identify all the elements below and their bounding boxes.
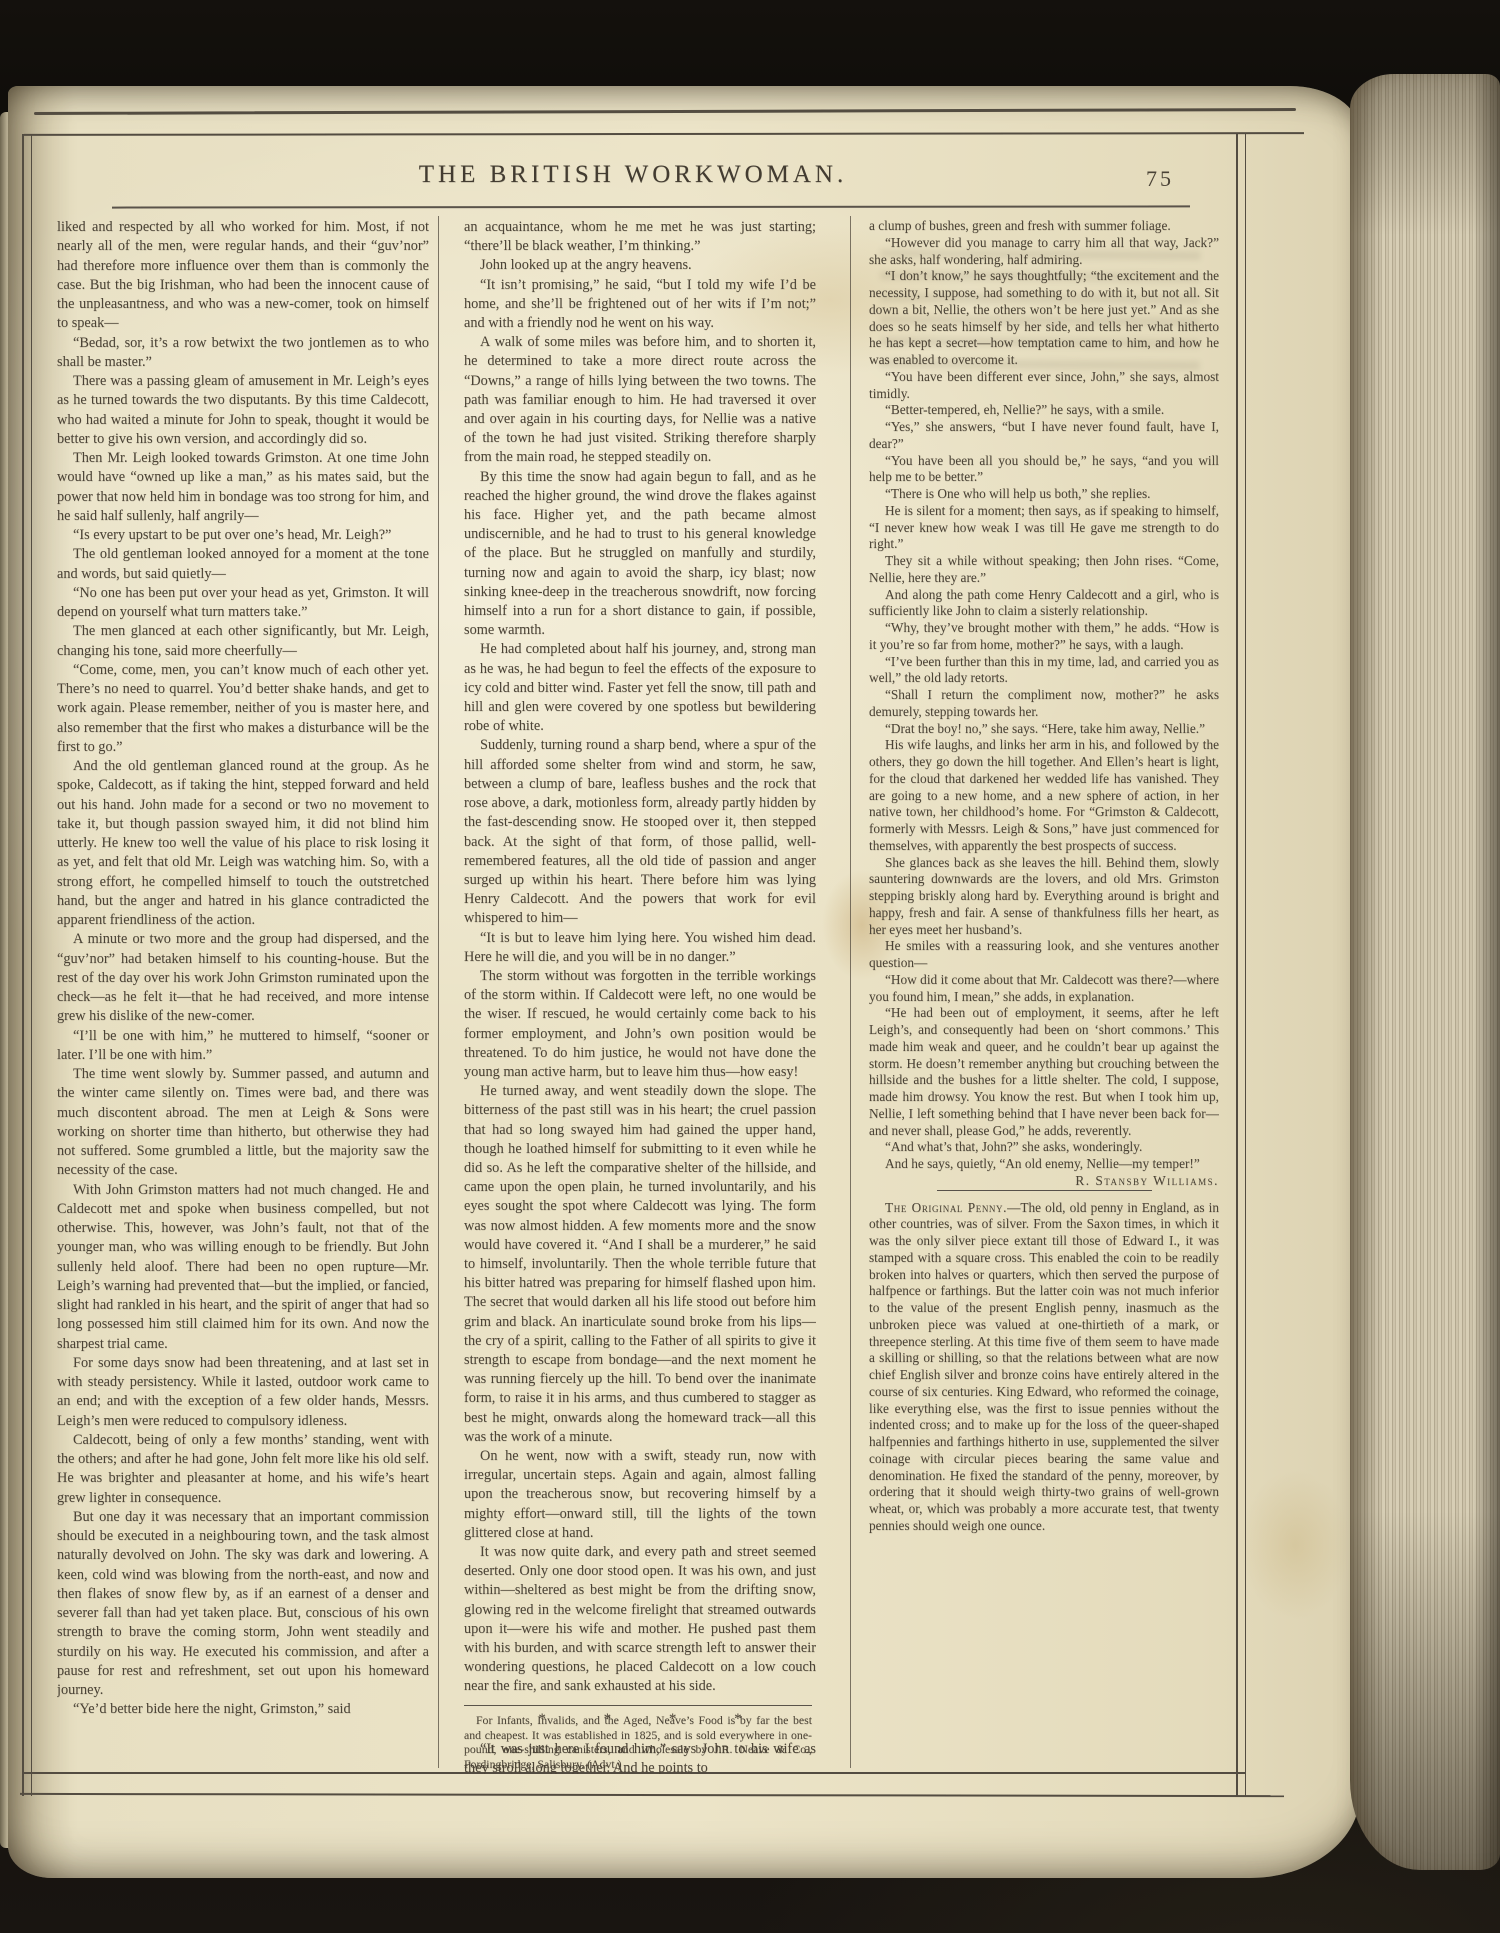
paragraph: “I don’t know,” he says thoughtfully; “t… xyxy=(869,268,1219,369)
closing-text: And he says, quietly, “An old enemy, Nel… xyxy=(885,1156,1200,1171)
left-border-rule xyxy=(22,134,24,1796)
paragraph: “It isn’t promising,” he said, “but I to… xyxy=(464,276,816,334)
paragraph: “Yes,” she answers, “but I have never fo… xyxy=(869,419,1219,453)
paragraph: He had completed about half his journey,… xyxy=(464,640,816,736)
paragraph: He turned away, and went steadily down t… xyxy=(464,1082,816,1447)
paragraph: Suddenly, turning round a sharp bend, wh… xyxy=(464,736,816,928)
penny-article-text: —The old, old penny in England, as in ot… xyxy=(869,1200,1219,1533)
masthead-title: THE BRITISH WORKWOMAN. xyxy=(419,161,848,189)
paragraph: a clump of bushes, green and fresh with … xyxy=(869,218,1219,235)
paragraph: “Drat the boy! no,” she says. “Here, tak… xyxy=(869,721,1219,738)
paragraph: He is silent for a moment; then says, as… xyxy=(869,503,1219,553)
paragraph: “Is every upstart to be put over one’s h… xyxy=(57,526,429,545)
paragraph: On he went, now with a swift, steady run… xyxy=(464,1447,816,1543)
paragraph: She glances back as she leaves the hill.… xyxy=(869,855,1219,939)
paragraph: The time went slowly by. Summer passed, … xyxy=(57,1065,429,1181)
paragraph: “You have been different ever since, Joh… xyxy=(869,369,1219,403)
paragraph: “And what’s that, John?” she asks, wonde… xyxy=(869,1139,1219,1156)
paragraph: But one day it was necessary that an imp… xyxy=(57,1508,429,1701)
story-column-2: an acquaintance, whom he me met he was j… xyxy=(464,218,816,1774)
paragraph: The old gentleman looked annoyed for a m… xyxy=(57,545,429,584)
column-divider-rule xyxy=(850,216,851,1768)
story-column-1: liked and respected by all who worked fo… xyxy=(57,218,429,1774)
left-border-rule xyxy=(31,134,32,1796)
paragraph: Caldecott, being of only a few months’ s… xyxy=(57,1431,429,1508)
paragraph: And along the path come Henry Caldecott … xyxy=(869,587,1219,621)
right-border-rule xyxy=(1236,134,1238,1796)
paragraph: The men glanced at each other significan… xyxy=(57,622,429,661)
column-divider-rule xyxy=(438,216,439,1768)
paragraph: “Shall I return the compliment now, moth… xyxy=(869,687,1219,721)
paragraph: “I’ve been further than this in my time,… xyxy=(869,654,1219,688)
paragraph: an acquaintance, whom he me met he was j… xyxy=(464,218,816,256)
story-column-3: a clump of bushes, green and fresh with … xyxy=(869,218,1219,1774)
paragraph: It was now quite dark, and every path an… xyxy=(464,1543,816,1697)
paragraph: For some days snow had been threatening,… xyxy=(57,1354,429,1431)
author-signature: R. Stansby Williams. xyxy=(1075,1173,1219,1190)
paragraph: liked and respected by all who worked fo… xyxy=(57,218,429,334)
paragraph: “However did you manage to carry him all… xyxy=(869,235,1219,269)
page-number: 75 xyxy=(1146,166,1174,192)
penny-article-paragraph: The Original Penny.—The old, old penny i… xyxy=(869,1200,1219,1535)
paragraph: He smiles with a reassuring look, and sh… xyxy=(869,938,1219,972)
paragraph: “Ye’d better bide here the night, Grimst… xyxy=(57,1700,429,1719)
paragraph: There was a passing gleam of amusement i… xyxy=(57,372,429,449)
paragraph: “How did it come about that Mr. Caldecot… xyxy=(869,972,1219,1006)
paragraph: “There is One who will help us both,” sh… xyxy=(869,486,1219,503)
paragraph: “Come, come, men, you can’t know much of… xyxy=(57,661,429,757)
fore-edge-page-stack xyxy=(1350,74,1500,1870)
paragraph: “Better-tempered, eh, Nellie?” he says, … xyxy=(869,402,1219,419)
paragraph: His wife laughs, and links her arm in hi… xyxy=(869,737,1219,854)
closing-paragraph: And he says, quietly, “An old enemy, Nel… xyxy=(869,1156,1219,1173)
paragraph: “No one has been put over your head as y… xyxy=(57,584,429,623)
paragraph: By this time the snow had again begun to… xyxy=(464,468,816,641)
paragraph: A walk of some miles was before him, and… xyxy=(464,333,816,467)
paragraph: “Bedad, sor, it’s a row betwixt the two … xyxy=(57,334,429,373)
penny-article-lead: The Original Penny. xyxy=(885,1200,1007,1215)
advert-footnote: For Infants, Invalids, and the Aged, Nea… xyxy=(464,1705,812,1772)
book-photo: THE BRITISH WORKWOMAN. 75 liked and resp… xyxy=(0,0,1500,1933)
paragraph: They sit a while without speaking; then … xyxy=(869,553,1219,587)
paragraph: John looked up at the angry heavens. xyxy=(464,256,816,275)
right-border-rule xyxy=(1245,134,1246,1796)
paragraph: Then Mr. Leigh looked towards Grimston. … xyxy=(57,449,429,526)
paragraph: With John Grimston matters had not much … xyxy=(57,1181,429,1354)
paragraph: “It is but to leave him lying here. You … xyxy=(464,929,816,967)
paragraph: “You have been all you should be,” he sa… xyxy=(869,453,1219,487)
paragraph: A minute or two more and the group had d… xyxy=(57,930,429,1026)
article-separator-rule xyxy=(937,1190,1152,1191)
paragraph: The storm without was forgotten in the t… xyxy=(464,967,816,1082)
paragraph: “He had been out of employment, it seems… xyxy=(869,1005,1219,1139)
paragraph: “I’ll be one with him,” he muttered to h… xyxy=(57,1027,429,1066)
paragraph: “Why, they’ve brought mother with them,”… xyxy=(869,620,1219,654)
paragraph: And the old gentleman glanced round at t… xyxy=(57,757,429,930)
